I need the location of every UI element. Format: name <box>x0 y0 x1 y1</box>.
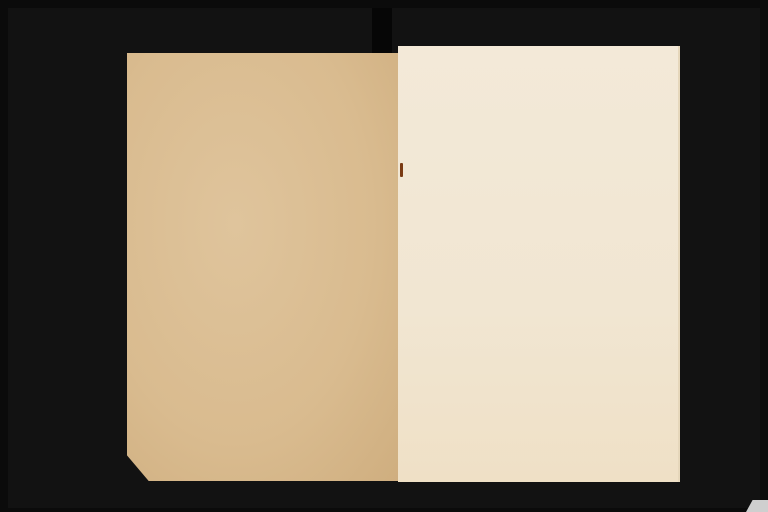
binding-stain-mark <box>400 163 403 177</box>
right-page <box>398 46 680 482</box>
left-page <box>127 53 398 481</box>
frame-divider <box>372 8 392 54</box>
